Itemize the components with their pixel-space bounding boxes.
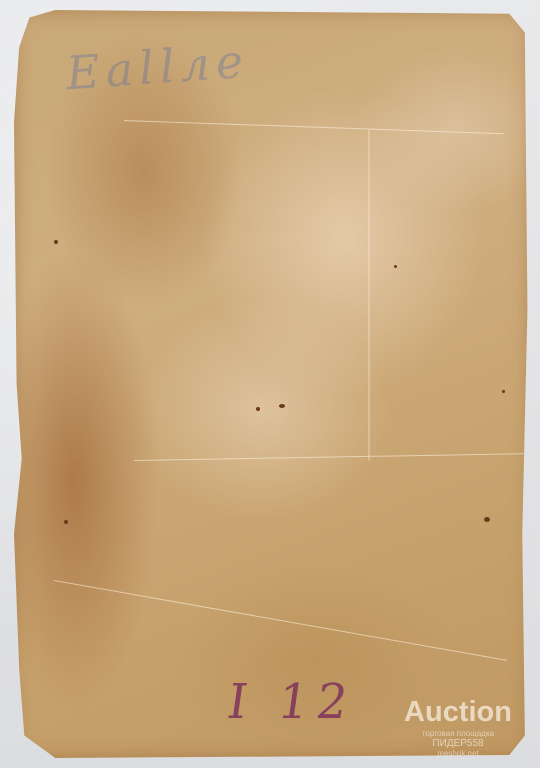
- paper-crease: [54, 580, 507, 661]
- stain-spot: [279, 404, 285, 408]
- watermark-tagline: торговая площадка: [388, 729, 528, 738]
- paper-crease: [134, 453, 524, 461]
- auction-watermark: Auction торговая площадка ПИДЕР558 mesho…: [388, 696, 528, 758]
- stain-spot: [394, 265, 397, 268]
- watermark-brand: Auction: [388, 696, 528, 729]
- stain-spot: [502, 390, 505, 393]
- stain-spot: [484, 517, 490, 522]
- watermark-site: meshok.net: [388, 749, 528, 758]
- watermark-seller: ПИДЕР558: [388, 738, 528, 749]
- paper-crease: [369, 131, 370, 461]
- stain-spot: [54, 240, 58, 244]
- paper-crease: [124, 120, 504, 134]
- ink-inscription: I 12: [224, 674, 359, 730]
- pencil-inscription: Eаllле: [64, 34, 250, 101]
- stain-spot: [64, 520, 68, 524]
- stain-spot: [256, 407, 260, 411]
- aged-paper-card: Eаllле I 12: [14, 10, 530, 758]
